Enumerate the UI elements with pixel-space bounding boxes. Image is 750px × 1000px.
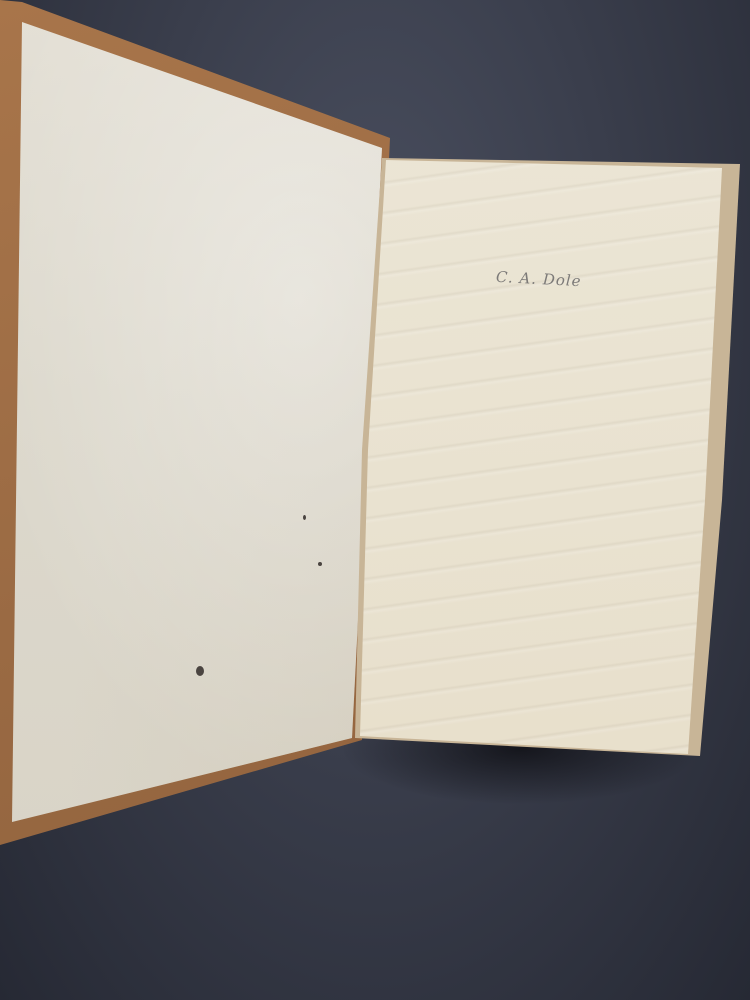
foxing-spot [196, 666, 204, 676]
photo-scene: C. A. Dole [0, 0, 750, 1000]
foxing-spot [303, 515, 306, 520]
foxing-spot [318, 562, 322, 566]
